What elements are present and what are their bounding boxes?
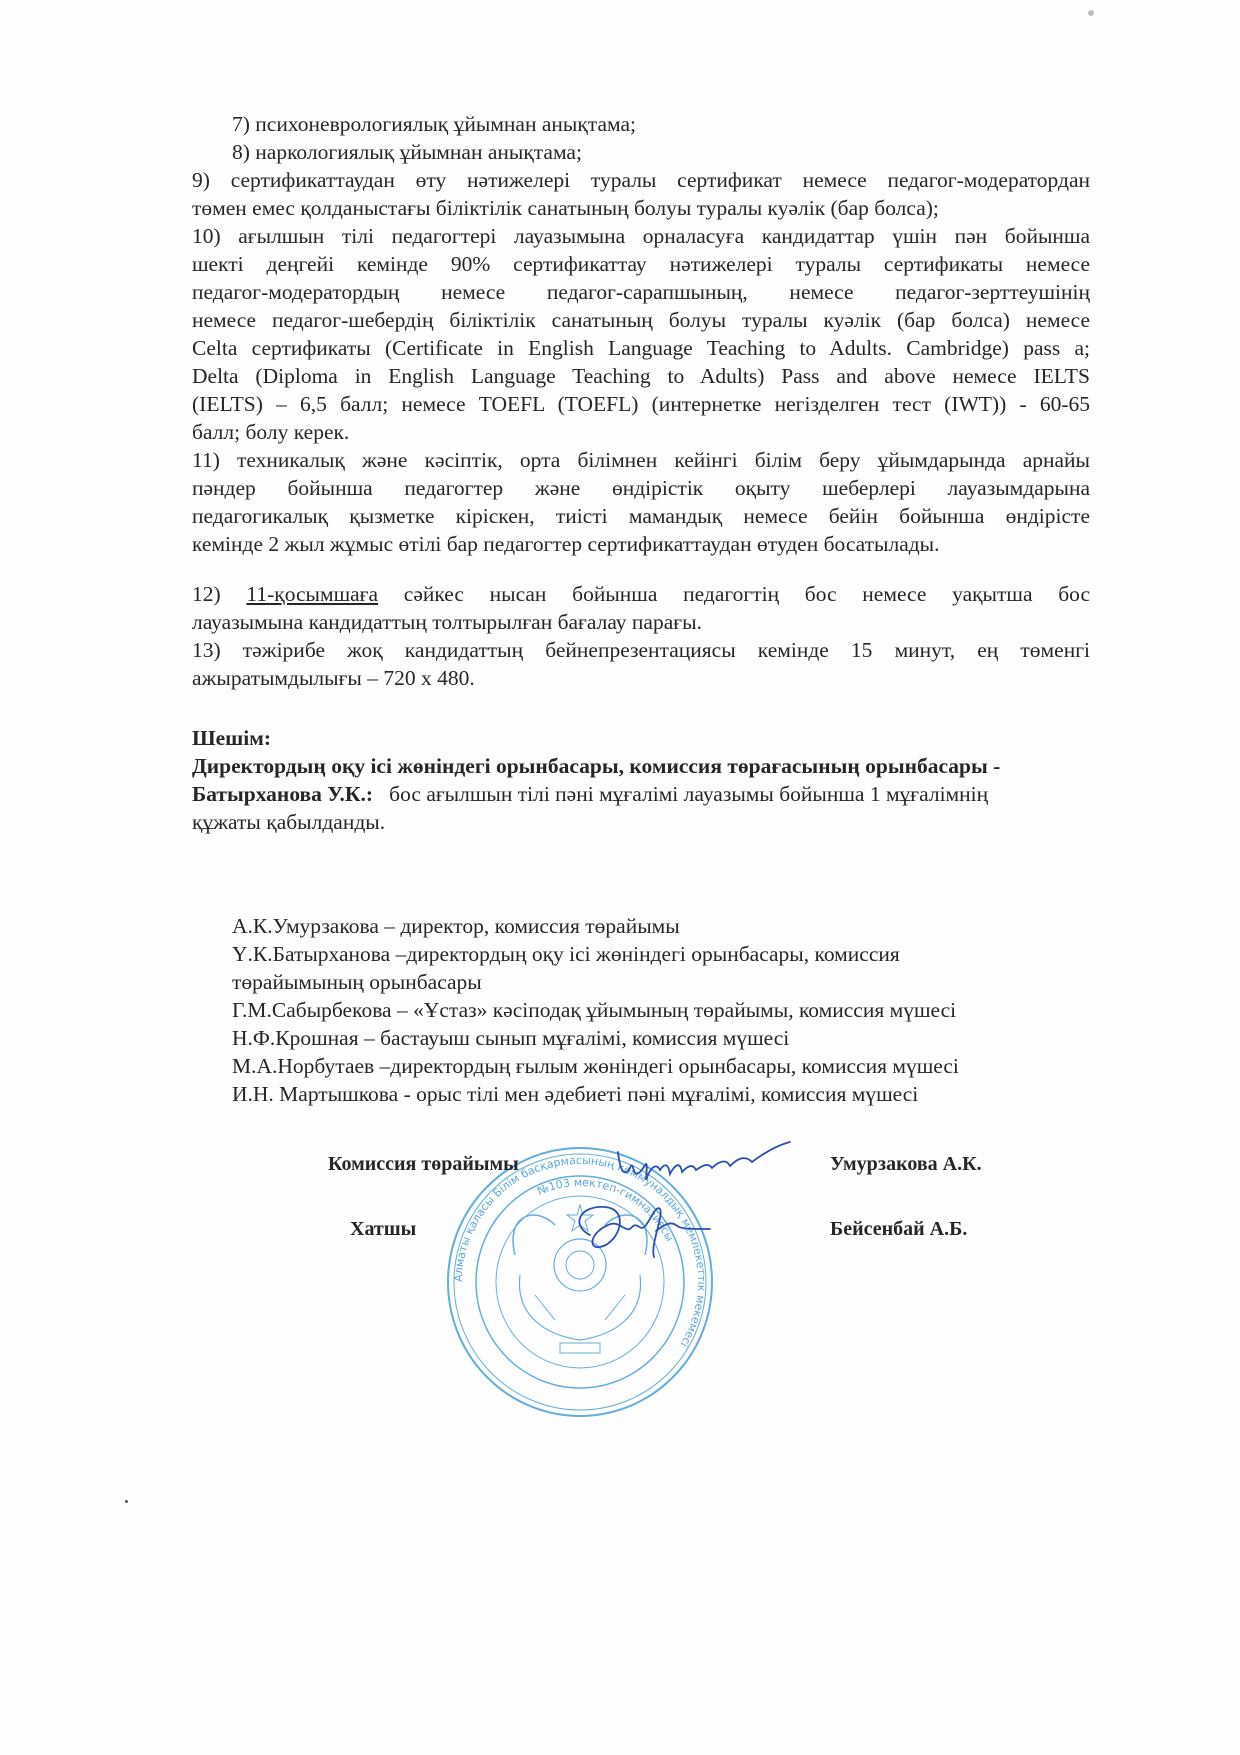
requirement-13-line-1: 13) тәжірибе жоқ кандидаттың бейнепрезен… <box>192 636 1090 664</box>
member-1: А.К.Умурзакова – директор, комиссия төра… <box>232 912 680 940</box>
secretary-signature <box>560 1195 720 1265</box>
scan-mark <box>1088 10 1094 16</box>
requirement-11-line-4: кемінде 2 жыл жұмыс өтілі бар педагогтер… <box>192 530 940 558</box>
requirement-10-line-2: шекті деңгейі кемінде 90% сертификаттау … <box>192 250 1090 278</box>
decision-speaker-title: Директордың оқу ісі жөніндегі орынбасары… <box>192 752 1000 780</box>
member-6: И.Н. Мартышкова - орыс тілі мен әдебиеті… <box>232 1080 918 1108</box>
decision-text-2: құжаты қабылданды. <box>192 808 385 836</box>
requirement-9-line-1: 9) сертификаттаудан өту нәтижелері турал… <box>192 166 1090 194</box>
member-2: Ү.К.Батырханова –директордың оқу ісі жөн… <box>232 940 900 968</box>
decision-speaker-name: Батырханова У.К.: <box>192 782 373 806</box>
requirement-10-line-3: педагог-модератордың немесе педагог-сара… <box>192 278 1090 306</box>
requirement-9-line-2: төмен емес қолданыстағы біліктілік санат… <box>192 194 939 222</box>
secretary-label: Хатшы <box>350 1215 416 1243</box>
requirement-10-line-6: Delta (Diploma in English Language Teach… <box>192 362 1090 390</box>
member-3: Г.М.Сабырбекова – «Ұстаз» кәсіподақ ұйым… <box>232 996 956 1024</box>
decision-line: Батырханова У.К.: бос ағылшын тілі пәні … <box>192 780 988 808</box>
requirement-11-line-3: педагогикалық қызметке кірiскен, тиісті … <box>192 502 1090 530</box>
requirement-13-line-2: ажыратымдылығы – 720 х 480. <box>192 664 475 692</box>
document-page: 7) психоневрологиялық ұйымнан анықтама; … <box>0 0 1240 1755</box>
requirement-10-line-1: 10) ағылшын тілі педагогтері лауазымына … <box>192 222 1090 250</box>
requirement-11-line-1: 11) техникалық және кәсіптік, орта білім… <box>192 446 1090 474</box>
member-5: М.А.Норбутаев –директордың ғылым жөнінде… <box>232 1052 959 1080</box>
member-4: Н.Ф.Крошная – бастауыш сынып мұғалімі, к… <box>232 1024 789 1052</box>
requirement-10-line-8: балл; болу керек. <box>192 418 349 446</box>
chair-signature <box>610 1140 800 1190</box>
member-2-cont: төрайымының орынбасары <box>232 968 482 996</box>
chair-label: Комиссия төрайымы <box>328 1150 519 1178</box>
scan-speck <box>125 1500 128 1503</box>
requirement-12-text: сәйкес нысан бойынша педагогтің бос неме… <box>378 582 1090 606</box>
requirement-12-prefix: 12) <box>192 582 246 606</box>
requirement-12-line-2: лауазымына кандидаттың толтырылған бағал… <box>192 608 702 636</box>
requirement-10-line-5: Celta сертификаты (Certificate in Englis… <box>192 334 1090 362</box>
decision-text: бос ағылшын тілі пәні мұғалімі лауазымы … <box>389 782 988 806</box>
appendix-11-link[interactable]: 11-қосымшаға <box>246 582 378 606</box>
requirement-10-line-7: (IELTS) – 6,5 балл; немесе TOEFL (TOEFL)… <box>192 390 1090 418</box>
requirement-12-line-1: 12) 11-қосымшаға сәйкес нысан бойынша пе… <box>192 580 1090 608</box>
requirement-8: 8) наркологиялық ұйымнан анықтама; <box>232 138 582 166</box>
chair-name: Умурзакова А.К. <box>830 1150 982 1178</box>
decision-heading: Шешім: <box>192 724 271 752</box>
secretary-name: Бейсенбай А.Б. <box>830 1215 967 1243</box>
requirement-11-line-2: пәндер бойынша педагогтер және өндірісті… <box>192 474 1090 502</box>
requirement-10-line-4: немесе педагог-шебердің біліктілік санат… <box>192 306 1090 334</box>
requirement-7: 7) психоневрологиялық ұйымнан анықтама; <box>232 110 636 138</box>
